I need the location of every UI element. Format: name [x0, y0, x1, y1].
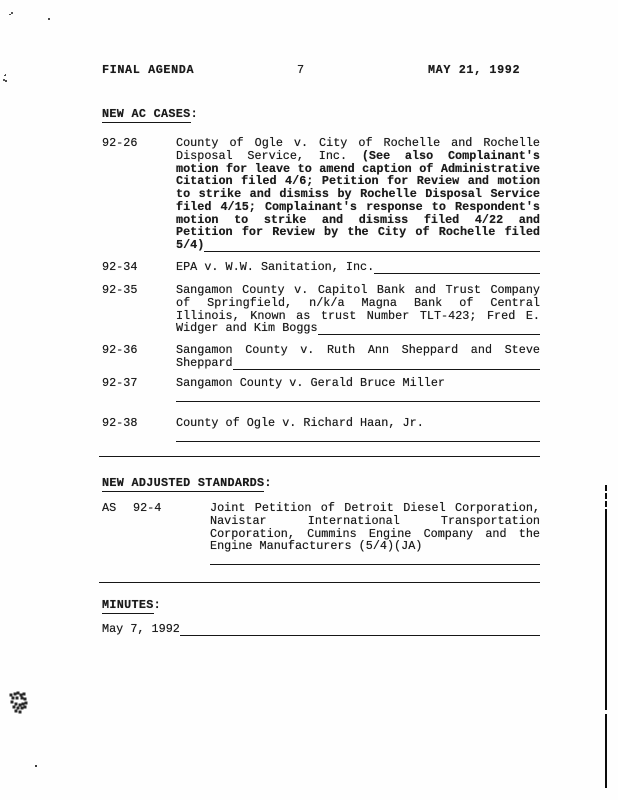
- text-line: Petition for Review by the City of Roche…: [176, 226, 540, 239]
- text-line: of Springfield, n/k/a Magna Bank of Cent…: [176, 297, 540, 310]
- heading-colon: :: [264, 476, 271, 490]
- case-number: 92-26: [102, 137, 176, 252]
- text-segment-bold: 5/4): [176, 239, 204, 252]
- case-number: 92-35: [102, 284, 176, 335]
- case-item-92-36: 92-36 Sangamon County v. Ruth Ann Sheppa…: [102, 344, 540, 370]
- section-heading-new-adjusted-standards: NEW ADJUSTED STANDARDS:: [102, 477, 272, 490]
- case-item-as-92-4: AS 92-4 Joint Petition of Detroit Diesel…: [102, 502, 540, 565]
- blank-underline: [180, 623, 540, 636]
- blank-underline: [318, 322, 540, 335]
- text-line: Disposal Service, Inc. (See also Complai…: [176, 150, 540, 163]
- blank-underline: [210, 553, 540, 565]
- case-description: Sangamon County v. Gerald Bruce Miller: [176, 377, 540, 402]
- text-segment: Widger and Kim Boggs: [176, 322, 318, 335]
- text-line: 5/4): [176, 239, 540, 252]
- document-title: FINAL AGENDA: [102, 64, 194, 77]
- case-prefix: AS: [102, 502, 133, 565]
- case-description: County of Ogle v. Richard Haan, Jr.: [176, 417, 540, 442]
- section-divider-rule: [99, 456, 540, 457]
- minutes-entry-date: May 7, 1992: [102, 623, 180, 636]
- scan-artifact-vertical-line: [605, 714, 607, 788]
- case-item-92-37: 92-37 Sangamon County v. Gerald Bruce Mi…: [102, 377, 540, 402]
- document-date: MAY 21, 1992: [428, 64, 520, 77]
- minutes-entry-line: May 7, 1992: [102, 623, 540, 636]
- scan-artifact-vertical-line: [605, 485, 607, 515]
- case-number: 92-4: [133, 502, 210, 565]
- blank-underline: [176, 390, 540, 402]
- case-description: Sangamon County v. Capitol Bank and Trus…: [176, 284, 540, 335]
- section-heading-new-ac-cases: NEW AC CASES:: [102, 108, 198, 121]
- case-item-92-35: 92-35 Sangamon County v. Capitol Bank an…: [102, 284, 540, 335]
- scan-noise-speck: [3, 73, 5, 75]
- text-line: Sangamon County v. Ruth Ann Sheppard and…: [176, 344, 540, 357]
- heading-colon: :: [191, 107, 198, 121]
- text-line: Engine Manufacturers (5/4)(JA): [210, 540, 540, 553]
- page-number: 7: [297, 64, 305, 77]
- text-line: to strike and dismiss by Rochelle Dispos…: [176, 188, 540, 201]
- case-description: County of Ogle v. City of Rochelle and R…: [176, 137, 540, 252]
- case-item-92-26: 92-26 County of Ogle v. City of Rochelle…: [102, 137, 540, 252]
- scanned-agenda-page: FINAL AGENDA 7 MAY 21, 1992 NEW AC CASES…: [0, 0, 618, 800]
- heading-colon: :: [154, 598, 161, 612]
- case-item-92-38: 92-38 County of Ogle v. Richard Haan, Jr…: [102, 417, 540, 442]
- text-line: Sangamon County v. Capitol Bank and Trus…: [176, 284, 540, 297]
- case-description: Sangamon County v. Ruth Ann Sheppard and…: [176, 344, 540, 370]
- text-line: EPA v. W.W. Sanitation, Inc.: [176, 261, 540, 274]
- text-segment: Disposal Service, Inc.: [176, 149, 347, 163]
- text-line: Sangamon County v. Gerald Bruce Miller: [176, 377, 540, 390]
- case-number: 92-38: [102, 417, 176, 442]
- scan-noise-speck: [9, 12, 11, 14]
- text-line: Widger and Kim Boggs: [176, 322, 540, 335]
- text-segment-bold: (See also Complainant's: [362, 149, 540, 163]
- heading-text: NEW ADJUSTED STANDARDS: [102, 476, 264, 492]
- section-heading-minutes: MINUTES:: [102, 599, 161, 612]
- text-segment: EPA v. W.W. Sanitation, Inc.: [176, 261, 374, 274]
- scan-artifact-vertical-line: [605, 515, 607, 710]
- text-line: Joint Petition of Detroit Diesel Corpora…: [210, 502, 540, 515]
- case-description: Joint Petition of Detroit Diesel Corpora…: [210, 502, 540, 565]
- case-item-92-34: 92-34 EPA v. W.W. Sanitation, Inc.: [102, 261, 540, 274]
- heading-text: MINUTES: [102, 598, 154, 614]
- text-line: Navistar International Transportation: [210, 515, 540, 528]
- text-line: Sheppard: [176, 357, 540, 370]
- scan-noise-speck: [35, 765, 37, 767]
- blank-underline: [374, 261, 540, 274]
- case-number: 92-36: [102, 344, 176, 370]
- case-number: 92-34: [102, 261, 176, 274]
- heading-text: NEW AC CASES: [102, 107, 191, 123]
- case-number: 92-37: [102, 377, 176, 402]
- text-line: County of Ogle v. Richard Haan, Jr.: [176, 417, 540, 430]
- blank-underline: [233, 357, 540, 370]
- text-segment: Sheppard: [176, 357, 233, 370]
- section-divider-rule: [99, 582, 540, 583]
- text-line: filed 4/15; Complainant's response to Re…: [176, 201, 540, 214]
- scan-noise-smudge: [8, 691, 10, 693]
- case-description: EPA v. W.W. Sanitation, Inc.: [176, 261, 540, 274]
- blank-underline: [204, 239, 540, 252]
- blank-underline: [176, 430, 540, 442]
